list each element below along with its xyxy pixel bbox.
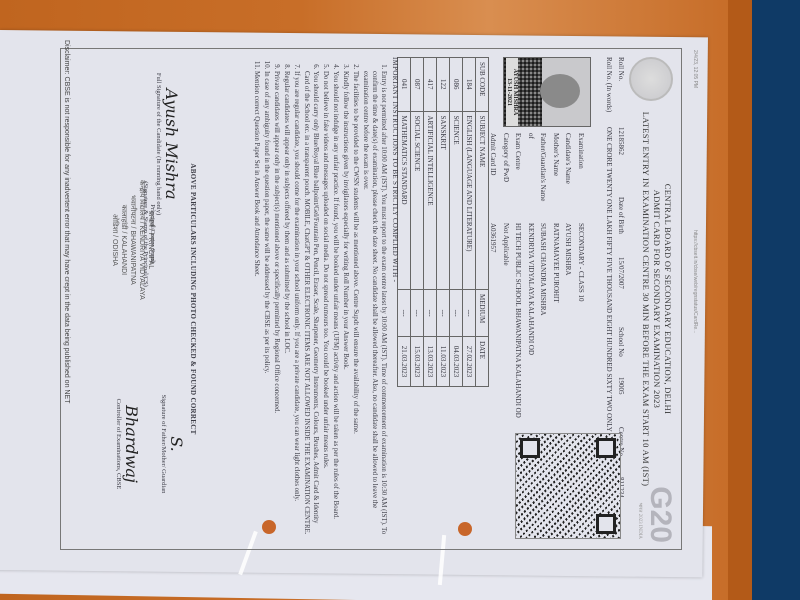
- table-cell: ---: [398, 290, 411, 337]
- print-url: https://cbseit.in/cbse/web/regnstatus/Ca…: [692, 230, 698, 333]
- table-cell: 122: [437, 58, 450, 112]
- cbse-logo-icon: [629, 57, 673, 101]
- table-cell: ---: [411, 290, 424, 337]
- table-cell: ---: [450, 290, 463, 337]
- school-no: 19005: [617, 377, 625, 395]
- field-value: Not Applicable: [500, 223, 513, 266]
- candidate-signature: Ayush Mishra: [162, 69, 181, 219]
- field-value: RATNAMAYEE PUROHIT: [550, 223, 563, 303]
- latest-entry-note: LATEST ENTRY IN EXAMINATION CENTRE 30 MI…: [640, 109, 651, 489]
- instruction-item: Do not believe in fake videos and messag…: [321, 71, 330, 537]
- table-row: 184ENGLISH (LANGUAGE AND LITERATURE)---2…: [463, 58, 476, 387]
- candidate-photo: AYUSH MISHRA 13-11-2021: [503, 57, 591, 127]
- field-label: Father/Guardian's Name: [537, 133, 550, 213]
- school-no-label: School No: [617, 327, 625, 357]
- field-value: AYUSH MISHRA: [562, 223, 575, 275]
- instructions-heading: IMPORTANT INSTRUCTIONS TO BE STRICTLY CO…: [390, 57, 399, 537]
- instruction-item: Private candidates will appear only in t…: [272, 71, 281, 537]
- parent-signature-block: S. Signature of Father/Mother/ Guardian: [160, 369, 186, 519]
- roll-no-label: Roll No.: [617, 57, 625, 81]
- subjects-table: SUB CODESUBJECT NAMEMEDIUMDATE 184ENGLIS…: [397, 57, 489, 387]
- table-cell: ---: [463, 290, 476, 337]
- table-cell: ENGLISH (LANGUAGE AND LITERATURE): [463, 111, 476, 290]
- table-cell: ARTIFICIAL INTELLIGENCE: [424, 111, 437, 290]
- board-name: CENTRAL BOARD OF SECONDARY EDUCATION, DE…: [662, 109, 673, 489]
- table-cell: MATHEMATICS STANDARD: [398, 111, 411, 290]
- candidate-signature-block: Ayush Mishra Full Signature of the Candi…: [155, 69, 181, 219]
- table-cell: 04.03.2023: [450, 337, 463, 387]
- table-cell: 21.03.2023: [398, 337, 411, 387]
- controller-signature-block: Bhardwaj Controller of Examinations, CBS…: [115, 369, 141, 519]
- field-value: HI TECH PUBLIC SCHOOL BHAWANIPATNA KALAH…: [512, 223, 525, 418]
- table-row: 086SCIENCE---04.03.2023: [450, 58, 463, 387]
- table-cell: 27.02.2023: [463, 337, 476, 387]
- instruction-item: Entry is not permitted after 10:00 AM (I…: [361, 71, 388, 537]
- field-value: SECONDARY - CLASS 10: [575, 223, 588, 302]
- table-row: 122SANSKRIT---11.03.2023: [437, 58, 450, 387]
- instruction-item: In case of any ambiguity found in the qu…: [262, 71, 271, 537]
- roll-words-label: Roll No. (In words): [605, 57, 613, 112]
- field-value: SUBASH CHANDRA MISHRA: [537, 223, 550, 316]
- table-cell: SANSKRIT: [437, 111, 450, 290]
- controller-label: Controller of Examinations, CBSE: [115, 369, 122, 519]
- column-header: SUB CODE: [476, 58, 489, 112]
- column-header: MEDIUM: [476, 290, 489, 337]
- table-row: 087SOCIAL SCIENCE---15.03.2023: [411, 58, 424, 387]
- table-cell: SOCIAL SCIENCE: [411, 111, 424, 290]
- table-cell: 087: [411, 58, 424, 112]
- g20-logo-icon: G20: [643, 486, 677, 543]
- print-header: 2/4/23, 12:05 PM https://cbseit.in/cbse/…: [686, 40, 700, 560]
- table-cell: ---: [424, 290, 437, 337]
- parent-signature-label: Signature of Father/Mother/ Guardian: [160, 369, 167, 519]
- table-cell: ---: [437, 290, 450, 337]
- qr-code-icon: [515, 433, 621, 539]
- particulars-confirmation: ABOVE PARTICULARS INCLUDING PHOTO CHECKE…: [189, 49, 197, 549]
- dob-label: Date of Birth: [617, 197, 625, 234]
- principal-stamp: प्राचार्य / PRINCIPAL केन्द्रीय विद्यालय…: [110, 180, 155, 300]
- card-title-block: CENTRAL BOARD OF SECONDARY EDUCATION, DE…: [640, 109, 673, 489]
- instruction-item: Kindly follow the instructions given by …: [341, 71, 350, 537]
- field-label: Category of PwD: [500, 133, 513, 213]
- field-value: KENDRIYA VIDYALAYA KALAHANDI OD: [525, 223, 538, 355]
- folder-edge: [728, 0, 752, 600]
- candidate-signature-label: Full Signature of the Candidate (In runn…: [155, 69, 162, 219]
- instruction-item: The facilities to be provided to the CWS…: [351, 71, 360, 537]
- roll-no: 12185862: [617, 127, 625, 155]
- table-cell: SCIENCE: [450, 111, 463, 290]
- table-cell: 417: [424, 58, 437, 112]
- photo-caption: AYUSH MISHRA 13-11-2021: [506, 58, 518, 126]
- table-cell: 184: [463, 58, 476, 112]
- admit-card-document: 2/4/23, 12:05 PM https://cbseit.in/cbse/…: [50, 40, 700, 560]
- parent-signature: S.: [167, 369, 186, 519]
- field-label: Mother's Name: [550, 133, 563, 213]
- table-row: 417ARTIFICIAL INTELLIGENCE---13.03.2023: [424, 58, 437, 387]
- controller-signature: Bhardwaj: [122, 369, 141, 519]
- instruction-item: Mention correct Question Paper Set in An…: [252, 71, 261, 537]
- field-label: Examination: [575, 133, 588, 213]
- field-label: Exam Centre: [512, 133, 525, 213]
- disclaimer: Disclaimer: CBSE is not responsible for …: [63, 40, 70, 560]
- roll-words: ONE CRORE TWENTY ONE LAKH FIFTY FIVE THO…: [605, 127, 613, 432]
- instruction-item: Regular candidates will appear only in s…: [282, 71, 291, 537]
- instruction-item: If you are regular candidate, you should…: [292, 71, 301, 537]
- table-cell: 11.03.2023: [437, 337, 450, 387]
- table-cell: 086: [450, 58, 463, 112]
- instruction-item: You should carry only Blue/Royal Blue ba…: [302, 71, 320, 537]
- table-row: 041MATHEMATICS STANDARD---21.03.2023: [398, 58, 411, 387]
- column-header: SUBJECT NAME: [476, 111, 489, 290]
- print-date: 2/4/23, 12:05 PM: [692, 50, 698, 88]
- table-cell: 041: [398, 58, 411, 112]
- field-label: of: [525, 133, 538, 213]
- g20-subtitle: भारत 2023 INDIA: [637, 503, 643, 539]
- face-icon: [540, 74, 580, 108]
- column-header: DATE: [476, 337, 489, 387]
- instruction-item: You should not indulge in any unfair pra…: [331, 71, 340, 537]
- field-label: Candidate's Name: [562, 133, 575, 213]
- table-cell: 13.03.2023: [424, 337, 437, 387]
- doc-title: ADMIT CARD FOR SECONDARY EXAMINATION 202…: [651, 109, 662, 489]
- instructions: IMPORTANT INSTRUCTIONS TO BE STRICTLY CO…: [251, 57, 399, 537]
- dob: 15/07/2007: [617, 257, 625, 289]
- table-cell: 15.03.2023: [411, 337, 424, 387]
